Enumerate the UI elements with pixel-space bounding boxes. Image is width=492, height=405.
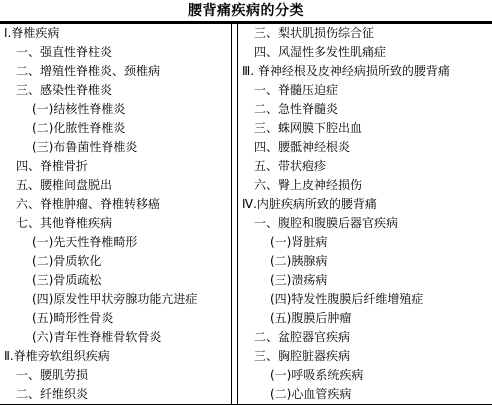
list-item: 三、蛛网膜下腔出血 <box>238 119 492 138</box>
list-item: 二、急性脊髓炎 <box>238 100 492 119</box>
sub-list-item: (三)骨质疏松 <box>0 271 231 290</box>
list-item: 二、增殖性脊椎炎、颈椎病 <box>0 62 231 81</box>
sub-list-item: (二)骨质软化 <box>0 252 231 271</box>
list-item: 四、脊椎骨折 <box>0 157 231 176</box>
table-title: 腰背痛疾病的分类 <box>0 2 492 20</box>
sub-list-item: (四)原发性甲状旁腺功能亢进症 <box>0 290 231 309</box>
list-item: 一、腹腔和腹膜后器官疾病 <box>238 214 492 233</box>
list-item: 五、带状疱疹 <box>238 157 492 176</box>
sub-list-item: (二)化脓性脊椎炎 <box>0 119 231 138</box>
list-item: 一、脊髓压迫症 <box>238 81 492 100</box>
classification-table: Ⅰ.脊椎疾病一、强直性脊柱炎二、增殖性脊椎炎、颈椎病三、感染性脊椎炎(一)结核性… <box>0 21 492 405</box>
sub-list-item: (一)结核性脊椎炎 <box>0 100 231 119</box>
list-item: 二、盆腔器官疾病 <box>238 328 492 347</box>
sub-list-item: (二)胰腺病 <box>238 252 492 271</box>
list-item: 三、感染性脊椎炎 <box>0 81 231 100</box>
sub-list-item: (三)布鲁菌性脊椎炎 <box>0 138 231 157</box>
list-item: 六、臀上皮神经损伤 <box>238 176 492 195</box>
list-item: 六、脊椎肿瘤、脊椎转移癌 <box>0 195 231 214</box>
sub-list-item: (二)心血管疾病 <box>238 385 492 404</box>
list-item: 三、胸腔脏器疾病 <box>238 347 492 366</box>
list-item: 一、强直性脊柱炎 <box>0 43 231 62</box>
column-divider <box>231 24 232 404</box>
sub-list-item: (五)畸形性骨炎 <box>0 309 231 328</box>
category-heading: Ⅲ. 脊神经根及皮神经病损所致的腰背痛 <box>238 62 492 81</box>
category-heading: Ⅳ.内脏疾病所致的腰背痛 <box>238 195 492 214</box>
list-item: 四、腰骶神经根炎 <box>238 138 492 157</box>
list-item: 二、纤维织炎 <box>0 385 231 404</box>
sub-list-item: (一)先天性脊椎畸形 <box>0 233 231 252</box>
list-item: 四、风湿性多发性肌痛症 <box>238 43 492 62</box>
list-item: 五、腰椎间盘脱出 <box>0 176 231 195</box>
list-item: 三、梨状肌损伤综合征 <box>238 24 492 43</box>
sub-list-item: (四)特发性腹膜后纤维增殖症 <box>238 290 492 309</box>
left-column: Ⅰ.脊椎疾病一、强直性脊柱炎二、增殖性脊椎炎、颈椎病三、感染性脊椎炎(一)结核性… <box>0 24 231 404</box>
category-heading: Ⅱ.脊椎旁软组织疾病 <box>0 347 231 366</box>
category-heading: Ⅰ.脊椎疾病 <box>0 24 231 43</box>
sub-list-item: (五)腹膜后肿瘤 <box>238 309 492 328</box>
sub-list-item: (三)溃疡病 <box>238 271 492 290</box>
sub-list-item: (六)青年性脊椎骨软骨炎 <box>0 328 231 347</box>
sub-list-item: (一)呼吸系统疾病 <box>238 366 492 385</box>
list-item: 七、其他脊椎疾病 <box>0 214 231 233</box>
sub-list-item: (一)肾脏病 <box>238 233 492 252</box>
right-column: 三、梨状肌损伤综合征四、风湿性多发性肌痛症Ⅲ. 脊神经根及皮神经病损所致的腰背痛… <box>238 24 492 404</box>
list-item: 一、腰肌劳损 <box>0 366 231 385</box>
